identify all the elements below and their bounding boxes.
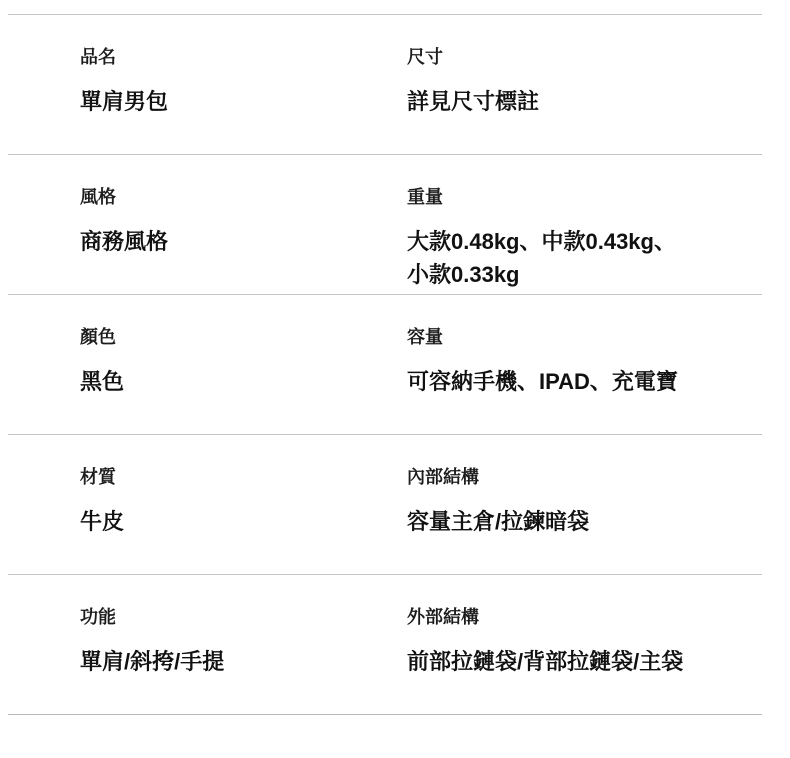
spec-cell-style: 風格 商務風格	[8, 184, 407, 294]
spec-label-exterior-structure: 外部結構	[407, 604, 756, 630]
spec-row-material-interior: 材質 牛皮 內部結構 容量主倉/拉鍊暗袋	[8, 434, 762, 574]
spec-cell-size: 尺寸 詳見尺寸標註	[407, 44, 762, 154]
product-spec-table: 品名 單肩男包 尺寸 詳見尺寸標註 風格 商務風格 重量 大款0.48kg、中款…	[8, 14, 762, 715]
spec-label-interior-structure: 內部結構	[407, 464, 756, 490]
spec-row-color-capacity: 顏色 黑色 容量 可容納手機、IPAD、充電寶	[8, 294, 762, 434]
spec-value-material: 牛皮	[80, 505, 407, 538]
spec-label-weight: 重量	[407, 184, 756, 210]
spec-value-interior-structure: 容量主倉/拉鍊暗袋	[407, 505, 756, 538]
spec-label-function: 功能	[80, 604, 407, 630]
spec-value-color: 黑色	[80, 365, 407, 398]
spec-cell-function: 功能 單肩/斜挎/手提	[8, 604, 407, 714]
spec-value-exterior-structure: 前部拉鏈袋/背部拉鏈袋/主袋	[407, 645, 756, 678]
spec-value-size: 詳見尺寸標註	[407, 85, 756, 118]
spec-label-style: 風格	[80, 184, 407, 210]
spec-cell-capacity: 容量 可容納手機、IPAD、充電寶	[407, 324, 762, 434]
spec-cell-product-name: 品名 單肩男包	[8, 44, 407, 154]
spec-cell-color: 顏色 黑色	[8, 324, 407, 434]
spec-value-style: 商務風格	[80, 225, 407, 258]
spec-label-size: 尺寸	[407, 44, 756, 70]
spec-value-capacity: 可容納手機、IPAD、充電寶	[407, 365, 756, 398]
spec-label-material: 材質	[80, 464, 407, 490]
spec-row-name-size: 品名 單肩男包 尺寸 詳見尺寸標註	[8, 14, 762, 154]
spec-cell-exterior-structure: 外部結構 前部拉鏈袋/背部拉鏈袋/主袋	[407, 604, 762, 714]
spec-value-weight: 大款0.48kg、中款0.43kg、 小款0.33kg	[407, 225, 756, 291]
spec-cell-weight: 重量 大款0.48kg、中款0.43kg、 小款0.33kg	[407, 184, 762, 294]
spec-label-color: 顏色	[80, 324, 407, 350]
spec-value-product-name: 單肩男包	[80, 85, 407, 118]
spec-cell-interior-structure: 內部結構 容量主倉/拉鍊暗袋	[407, 464, 762, 574]
spec-label-capacity: 容量	[407, 324, 756, 350]
spec-row-function-exterior: 功能 單肩/斜挎/手提 外部結構 前部拉鏈袋/背部拉鏈袋/主袋	[8, 574, 762, 714]
spec-label-product-name: 品名	[80, 44, 407, 70]
spec-row-style-weight: 風格 商務風格 重量 大款0.48kg、中款0.43kg、 小款0.33kg	[8, 154, 762, 294]
spec-value-function: 單肩/斜挎/手提	[80, 645, 407, 678]
spec-cell-material: 材質 牛皮	[8, 464, 407, 574]
